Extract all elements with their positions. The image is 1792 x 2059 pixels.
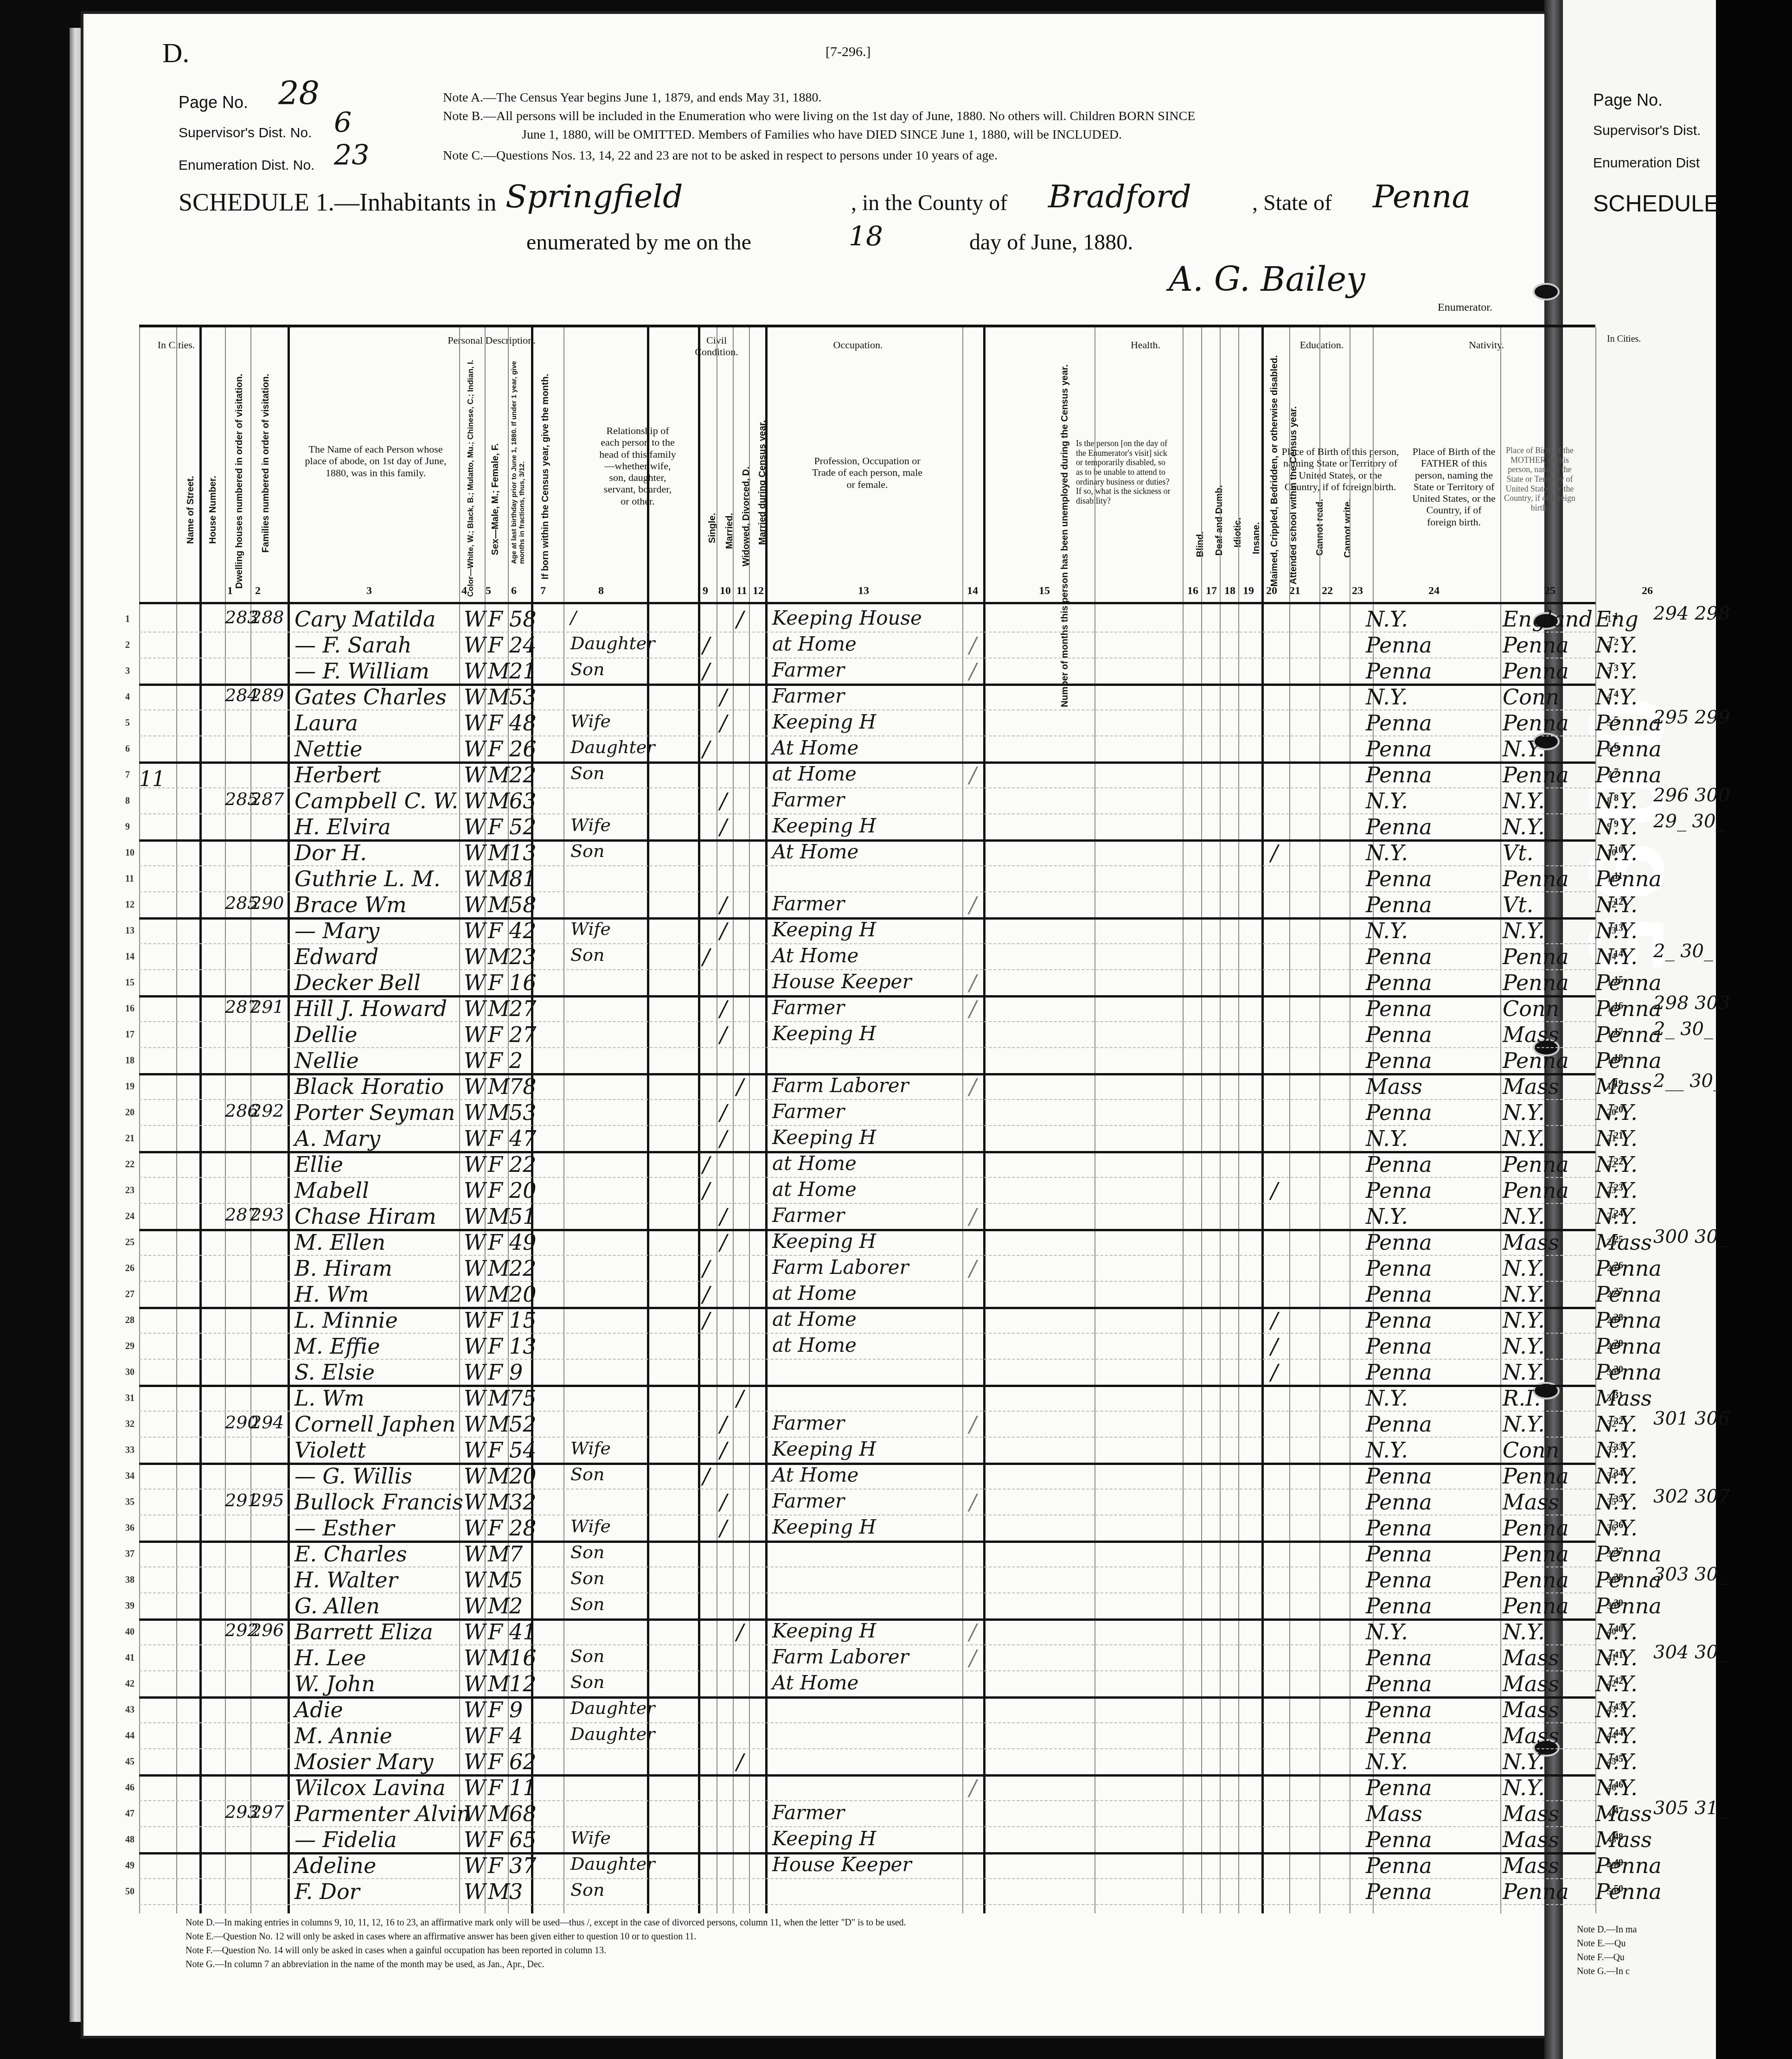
column-divider [139,327,140,1913]
age: 4 [509,1725,523,1746]
line-number: 28 [125,1315,134,1326]
person-name: Barrett Eliza [294,1621,433,1643]
relationship: Daughter [570,1699,655,1717]
note-d: Note D.—In making entries in columns 9, … [186,1918,906,1928]
column-number: 16 [1187,585,1198,597]
line-number: 17 [125,1029,134,1040]
person-name: Parmenter Alvin [294,1803,470,1824]
relationship: Son [570,1881,604,1899]
right-line-number: 39 [1614,1598,1623,1609]
color-code: W [464,790,486,812]
birthplace: Penna [1366,816,1432,838]
line-number: 31 [125,1393,134,1404]
line-number: 27 [125,1289,134,1300]
birthplace: N.Y. [1366,1751,1408,1772]
occupation: Keeping H [772,816,876,836]
person-name: Campbell C. W. [294,790,458,812]
occupation: Keeping H [772,1621,876,1641]
right-dwelling-family-number: 298 303 [1653,992,1730,1014]
column-divider [199,327,202,1913]
unemployed-mark: / [969,1491,977,1513]
right-line-number: 49 [1614,1858,1623,1868]
right-in-cities: In Cities. [1607,334,1641,345]
line-number: 20 [125,1107,134,1118]
right-line-number: 36 [1614,1520,1623,1531]
widowed-mark: / [736,1388,744,1409]
column-divider [288,327,290,1913]
person-name: Guthrie L. M. [294,868,441,889]
father-birthplace: Mass [1503,1232,1559,1253]
line-number: 12 [125,900,134,910]
right-line-number: 19 [1614,1079,1623,1089]
father-birthplace: Mass [1503,1491,1559,1513]
person-name: H. Wm [294,1284,369,1305]
age: 22 [509,1154,537,1175]
color-code: W [464,1725,486,1746]
right-dwelling-family-number: 304 30_ [1653,1642,1728,1663]
line-number: 39 [125,1601,134,1611]
birthplace: N.Y. [1366,920,1408,941]
relationship: Son [570,660,604,678]
age: 11 [509,1777,537,1798]
single-mark: / [703,1284,710,1305]
column-number: 10 [720,585,731,597]
column-divider [1201,327,1202,1913]
relationship: Son [570,1673,604,1691]
line-number: 10 [125,848,134,858]
color-code: W [464,1076,486,1097]
right-line-number: 26 [1614,1260,1623,1271]
supervisor-dist-label: Supervisor's Dist. No. [179,125,312,141]
person-name: Nettie [294,738,362,760]
person-name: Brace Wm [294,894,407,915]
father-birthplace: Penna [1503,1517,1569,1539]
birthplace: N.Y. [1366,842,1408,863]
person-name: — G. Willis [294,1465,412,1487]
color-code: W [464,1803,486,1824]
color-code: W [464,608,486,630]
father-birthplace: Penna [1503,660,1569,682]
birthplace: Penna [1366,1413,1432,1435]
column-number: 14 [967,585,978,597]
note-a: Note A.—The Census Year begins June 1, 1… [443,90,822,105]
birthplace: Penna [1366,972,1432,993]
line-number: 15 [125,978,134,988]
occupation: Farm Laborer [772,1258,909,1277]
age: 32 [509,1491,537,1513]
person-name: L. Minnie [294,1310,398,1331]
color-code: W [464,764,486,786]
sex-code: M [488,1595,510,1617]
person-name: — F. Sarah [294,634,412,656]
line-number: 42 [125,1679,134,1689]
right-dwelling-family-number: 295 299 [1653,707,1730,728]
column-divider [962,327,963,1913]
color-code: W [464,946,486,967]
sex-code: M [488,1388,510,1409]
age: 48 [509,712,537,734]
birthplace: Penna [1366,1725,1432,1746]
occupation: Farmer [772,998,845,1017]
age: 27 [509,998,537,1019]
person-name: Bullock Francis [294,1491,463,1513]
birthplace: Penna [1366,1258,1432,1279]
relationship: Daughter [570,1855,655,1873]
age: 47 [509,1128,537,1149]
father-birthplace: Penna [1503,1050,1569,1071]
birthplace: N.Y. [1366,608,1408,630]
person-name: Chase Hiram [294,1206,436,1227]
father-birthplace: N.Y. [1503,1102,1545,1123]
sex-code: F [488,1180,503,1201]
col-header-sex: Sex—Male, M.; Female, F. [490,443,501,555]
unemployed-mark: / [969,1621,977,1643]
relationship: Wife [570,920,611,938]
line-number-right: 5 [1607,718,1612,729]
binder-ring-icon [1533,283,1560,301]
note-b-cont: June 1, 1880, will be OMITTED. Members o… [522,128,1122,142]
line-number: 14 [125,952,134,962]
column-number: 20 [1266,585,1277,597]
married-mark: / [720,1413,727,1435]
right-dwelling-family-number: 300 30_ [1653,1226,1728,1247]
family-number: 289 [250,686,284,704]
single-mark: / [703,1180,710,1201]
right-line-number: 48 [1614,1832,1623,1842]
sex-code: M [488,1673,510,1695]
color-code: W [464,1543,486,1565]
person-name: — Fidelia [294,1829,397,1850]
school-mark: / [1271,1336,1278,1357]
color-code: W [464,1699,486,1720]
sex-code: F [488,816,503,838]
county-label: , in the County of [851,190,1007,216]
column-divider [749,327,750,1913]
birthplace: N.Y. [1366,1439,1408,1461]
age: 2 [509,1595,523,1617]
right-line-number: 50 [1614,1884,1623,1894]
column-number: 15 [1039,585,1050,597]
sex-code: F [488,1336,503,1357]
sex-code: M [488,842,510,863]
right-note-stub: Note E.—Qu [1577,1938,1626,1949]
person-name: — Esther [294,1517,394,1539]
unemployed-mark: / [969,764,977,786]
right-line-number: 10 [1614,845,1623,856]
column-number: 6 [511,585,517,597]
column-divider [765,327,768,1913]
color-code: W [464,894,486,915]
father-birthplace: Penna [1503,1595,1569,1617]
col-group-health: Health. [1113,339,1178,351]
line-number: 45 [125,1757,134,1767]
widowed-mark: / [736,1751,744,1772]
line-number: 35 [125,1497,134,1508]
father-birthplace: Mass [1503,1024,1559,1045]
margin-mark: 11 [139,767,165,791]
married-mark: / [720,1102,727,1123]
age: 13 [509,842,537,863]
birthplace: Penna [1366,1154,1432,1175]
single-mark: / [703,1154,710,1175]
sex-code: M [488,1647,510,1669]
sex-code: M [488,1881,510,1902]
father-birthplace: Penna [1503,712,1569,734]
birthplace: Penna [1366,1310,1432,1331]
enumeration-dist-value: 23 [334,139,369,172]
occupation: Farmer [772,790,845,810]
color-code: W [464,1829,486,1850]
line-number: 50 [125,1886,134,1897]
state-value: Penna [1373,179,1471,215]
widowed-mark: / [736,1076,744,1097]
column-number: 7 [540,585,546,597]
column-number: 13 [858,585,869,597]
single-mark: / [703,634,710,656]
occupation: At Home [772,1465,858,1485]
line-number: 19 [125,1081,134,1092]
enumeration-dist-label: Enumeration Dist. No. [179,158,314,173]
birthplace: Penna [1366,1855,1432,1876]
line-number: 40 [125,1627,134,1637]
county-value: Bradford [1048,179,1191,215]
row-divider [139,1904,1595,1905]
unemployed-mark: / [969,634,977,656]
mother-birthplace: Penna [1595,738,1662,760]
birthplace: Penna [1366,660,1432,682]
father-birthplace: Penna [1503,868,1569,889]
occupation: At Home [772,1673,858,1693]
age: 65 [509,1829,537,1850]
color-code: W [464,1284,486,1305]
married-mark: / [720,998,727,1019]
occupation: at Home [772,1154,857,1173]
occupation: Keeping H [772,1232,876,1251]
married-mark: / [720,816,727,838]
sex-code: F [488,1024,503,1045]
birthplace: Penna [1366,738,1432,760]
father-birthplace: Penna [1503,1154,1569,1175]
line-number: 11 [125,874,134,884]
column-number: 3 [366,585,372,597]
mother-birthplace: Penna [1595,868,1662,889]
enumerator-signature: A. G. Bailey [1169,260,1365,299]
sex-code: F [488,608,503,630]
line-number: 49 [125,1861,134,1871]
col-header-maimed: Maimed, Crippled, Bedridden, or otherwis… [1269,355,1280,587]
right-line-number: 13 [1614,923,1623,934]
relationship: Son [570,1647,604,1665]
birthplace: Penna [1366,1543,1432,1565]
right-line-number: 17 [1614,1027,1623,1037]
age: 49 [509,1232,537,1253]
right-line-number: 27 [1614,1286,1623,1297]
father-birthplace: Mass [1503,1803,1559,1824]
occupation: Farmer [772,1803,845,1822]
line-number-right: 7 [1607,770,1612,780]
person-name: S. Elsie [294,1362,375,1383]
col-header-name: The Name of each Person whose place of a… [299,443,452,479]
sex-code: F [488,1517,503,1539]
mother-birthplace: Penna [1595,972,1662,993]
married-mark: / [720,894,727,915]
father-birthplace: Penna [1503,946,1569,967]
mother-birthplace: Mass [1595,1232,1652,1253]
person-name: H. Walter [294,1569,397,1591]
father-birthplace: N.Y. [1503,1258,1545,1279]
color-code: W [464,1024,486,1045]
relationship: Wife [570,816,611,834]
occupation: Farmer [772,1102,845,1121]
column-number: 24 [1428,585,1440,597]
age: 62 [509,1751,537,1772]
birthplace: Penna [1366,1232,1432,1253]
col-header-occupation: Profession, Occupation or Trade of each … [807,455,928,490]
right-dwelling-family-number: 2__ 30_ [1653,1070,1722,1092]
single-mark: / [703,946,710,967]
person-name: L. Wm [294,1388,365,1409]
birthplace: Penna [1366,712,1432,734]
line-number: 16 [125,1004,134,1014]
mother-birthplace: Penna [1595,1024,1662,1045]
mother-birthplace: Penna [1595,1881,1662,1902]
married-mark: / [720,1491,727,1513]
married-mark: / [720,920,727,941]
family-number: 288 [250,608,284,626]
birthplace: Penna [1366,1595,1432,1617]
father-birthplace: N.Y. [1503,1413,1545,1435]
father-birthplace: Conn [1503,686,1559,708]
age: 24 [509,634,537,656]
right-line-number: 11 [1614,871,1623,882]
person-name: H. Lee [294,1647,366,1669]
column-number: 26 [1642,585,1653,597]
month-year-label: day of June, 1880. [969,230,1133,255]
line-number: 24 [125,1211,134,1222]
line-number-right: 1 [1607,614,1612,625]
birthplace: Penna [1366,1777,1432,1798]
family-number: 293 [250,1206,284,1223]
page-no-value: 28 [278,74,320,112]
col-header-insane: Insane. [1251,522,1262,554]
column-number: 2 [255,585,261,597]
right-line-number: 37 [1614,1546,1623,1557]
color-code: W [464,1102,486,1123]
right-line-number: 43 [1614,1702,1623,1713]
married-mark: / [720,1517,727,1539]
occupation: Keeping H [772,712,876,732]
note-b: Note B.—All persons will be included in … [443,109,1195,124]
column-divider [983,327,986,1913]
sex-code: F [488,1232,503,1253]
age: 9 [509,1699,523,1720]
mother-birthplace: Penna [1595,998,1662,1019]
line-number: 33 [125,1445,134,1456]
col-header-blind: Blind. [1195,531,1206,557]
age: 22 [509,764,537,786]
color-code: W [464,1465,486,1487]
occupation: Keeping H [772,1024,876,1043]
col-header-age: Age at last birthday prior to June 1, 18… [510,360,529,564]
sex-code: F [488,738,503,760]
sex-code: M [488,998,510,1019]
column-number: 18 [1224,585,1235,597]
column-number: 25 [1544,585,1555,597]
unemployed-mark: / [969,1258,977,1279]
right-line-number: 3 [1614,663,1619,674]
occupation: Farm Laborer [772,1647,909,1667]
sex-code: M [488,1284,510,1305]
sex-code: F [488,1154,503,1175]
line-number: 29 [125,1341,134,1352]
father-birthplace: N.Y. [1503,1284,1545,1305]
age: 23 [509,946,537,967]
color-code: W [464,816,486,838]
column-divider [176,327,177,1913]
sex-code: F [488,1751,503,1772]
father-birthplace: N.Y. [1503,1621,1545,1643]
age: 5 [509,1569,523,1591]
sex-code: F [488,1439,503,1461]
person-name: A. Mary [294,1128,380,1149]
column-divider [1238,327,1239,1913]
birthplace: Penna [1366,1569,1432,1591]
column-number: 19 [1243,585,1254,597]
person-name: Black Horatio [294,1076,444,1097]
birthplace: Penna [1366,1050,1432,1071]
sex-code: M [488,1413,510,1435]
relationship: Son [570,1543,604,1561]
person-name: — Mary [294,920,379,941]
person-name: Gates Charles [294,686,447,708]
color-code: W [464,1258,486,1279]
sex-code: F [488,972,503,993]
col-header-street: Name of Street. [186,476,196,544]
line-number: 43 [125,1705,134,1715]
age: 58 [509,608,537,630]
person-name: Nellie [294,1050,359,1071]
right-dwelling-family-number: 302 307 [1653,1486,1730,1507]
birthplace: Penna [1366,1699,1432,1720]
page-no-label: Page No. [179,93,248,112]
birthplace: Penna [1366,1491,1432,1513]
sex-code: M [488,660,510,682]
occupation: at Home [772,1284,857,1303]
father-birthplace: Mass [1503,1699,1559,1720]
married-mark: / [720,790,727,812]
occupation: Farmer [772,894,845,914]
sex-code: M [488,1206,510,1227]
occupation: Farmer [772,1206,845,1225]
color-code: W [464,920,486,941]
school-mark: / [1271,1180,1278,1201]
right-note-stub: Note G.—In c [1577,1966,1630,1977]
occupation: Keeping H [772,920,876,940]
right-line-number: 38 [1614,1572,1623,1583]
color-code: W [464,1362,486,1383]
color-code: W [464,660,486,682]
right-page-no-label: Page No. [1593,90,1663,110]
person-name: E. Charles [294,1543,407,1565]
column-divider [1094,327,1095,1913]
birthplace: Penna [1366,868,1432,889]
age: 52 [509,1413,537,1435]
relationship: Daughter [570,634,655,652]
father-birthplace: Penna [1503,1569,1569,1591]
right-dwelling-family-number: 301 306 [1653,1408,1730,1429]
color-code: W [464,1310,486,1331]
relationship: Daughter [570,1725,655,1743]
